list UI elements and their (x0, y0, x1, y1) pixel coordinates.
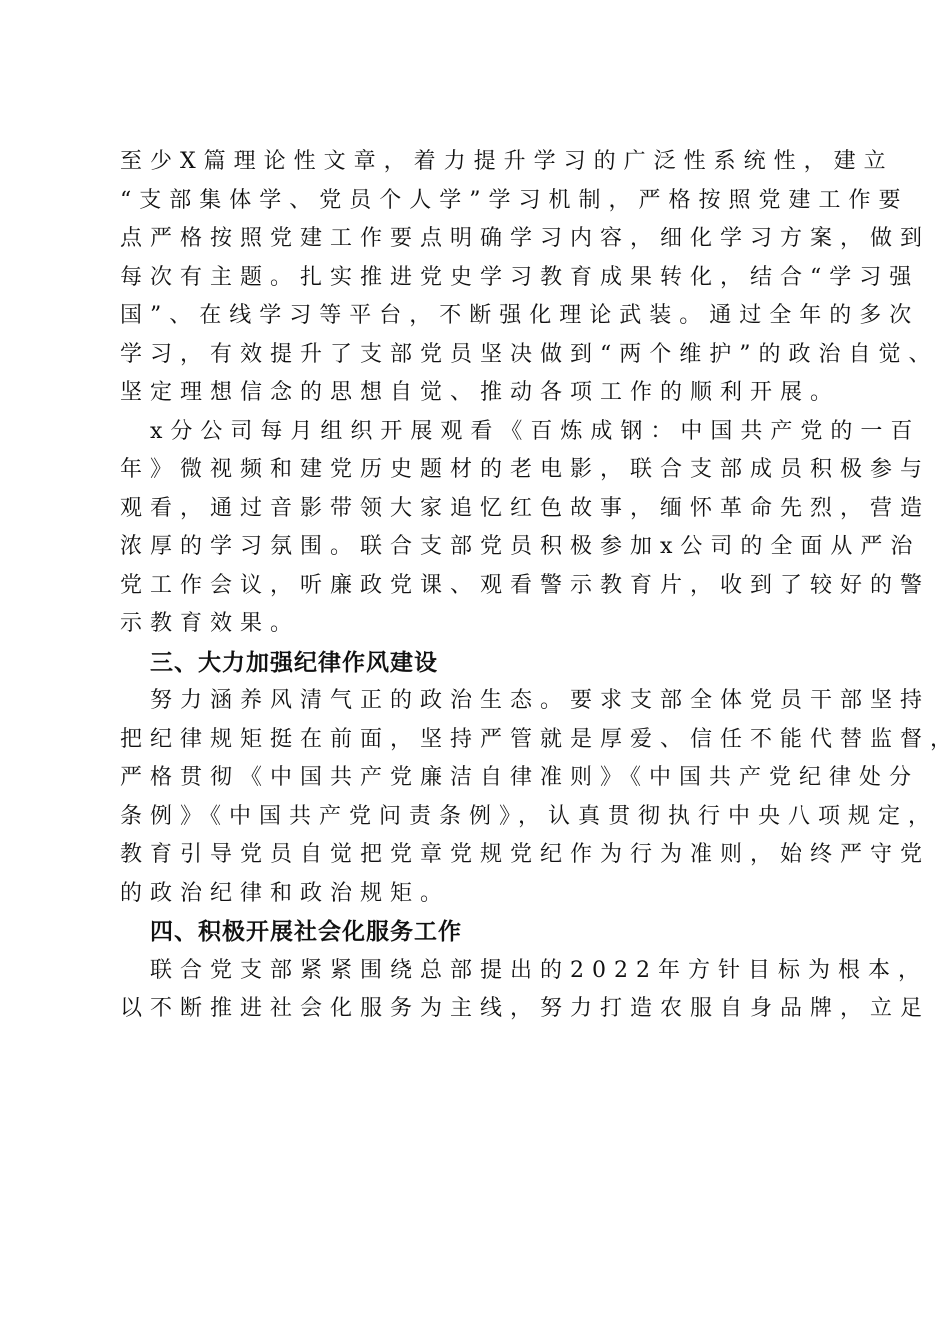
paragraph-study-mechanism: 至少X篇理论性文章，着力提升学习的广泛性系统性，建立 “支部集体学、党员个人学”… (120, 143, 830, 413)
text-line: 严格贯彻《中国共产党廉洁自律准则》《中国共产党纪律处分 (120, 759, 830, 798)
document-body: 至少X篇理论性文章，着力提升学习的广泛性系统性，建立 “支部集体学、党员个人学”… (120, 143, 830, 1029)
text-line: 坚定理想信念的思想自觉、推动各项工作的顺利开展。 (120, 374, 830, 413)
text-line: 学习，有效提升了支部党员坚决做到“两个维护”的政治自觉、 (120, 336, 830, 375)
text-line: 努力涵养风清气正的政治生态。要求支部全体党员干部坚持 (120, 682, 830, 721)
text-line: 把纪律规矩挺在前面，坚持严管就是厚爱、信任不能代替监督， (120, 721, 830, 760)
document-page: 至少X篇理论性文章，着力提升学习的广泛性系统性，建立 “支部集体学、党员个人学”… (0, 0, 950, 1344)
paragraph-social-services: 联合党支部紧紧围绕总部提出的2022年方针目标为根本， 以不断推进社会化服务为主… (120, 952, 830, 1029)
text-line: 联合党支部紧紧围绕总部提出的2022年方针目标为根本， (120, 952, 830, 991)
text-line: 每次有主题。扎实推进党史学习教育成果转化，结合“学习强 (120, 259, 830, 298)
text-line: 观看，通过音影带领大家追忆红色故事，缅怀革命先烈，营造 (120, 490, 830, 529)
section-heading-social-services: 四、积极开展社会化服务工作 (120, 913, 830, 952)
text-line: “支部集体学、党员个人学”学习机制，严格按照党建工作要 (120, 182, 830, 221)
text-line: 的政治纪律和政治规矩。 (120, 875, 830, 914)
text-line: 年》微视频和建党历史题材的老电影，联合支部成员积极参与 (120, 451, 830, 490)
text-line: 以不断推进社会化服务为主线，努力打造农服自身品牌，立足 (120, 990, 830, 1029)
text-line: 教育引导党员自觉把党章党规党纪作为行为准则，始终严守党 (120, 836, 830, 875)
text-line: 至少X篇理论性文章，着力提升学习的广泛性系统性，建立 (120, 143, 830, 182)
text-line: 浓厚的学习氛围。联合支部党员积极参加x公司的全面从严治 (120, 528, 830, 567)
paragraph-discipline: 努力涵养风清气正的政治生态。要求支部全体党员干部坚持 把纪律规矩挺在前面，坚持严… (120, 682, 830, 913)
section-heading-discipline: 三、大力加强纪律作风建设 (120, 644, 830, 683)
text-line: 示教育效果。 (120, 605, 830, 644)
text-line: 国”、在线学习等平台，不断强化理论武装。通过全年的多次 (120, 297, 830, 336)
text-line: x分公司每月组织开展观看《百炼成钢：中国共产党的一百 (120, 413, 830, 452)
text-line: 点严格按照党建工作要点明确学习内容，细化学习方案，做到 (120, 220, 830, 259)
text-line: 党工作会议，听廉政党课、观看警示教育片，收到了较好的警 (120, 567, 830, 606)
paragraph-film-viewing: x分公司每月组织开展观看《百炼成钢：中国共产党的一百 年》微视频和建党历史题材的… (120, 413, 830, 644)
text-line: 条例》《中国共产党问责条例》，认真贯彻执行中央八项规定， (120, 798, 830, 837)
